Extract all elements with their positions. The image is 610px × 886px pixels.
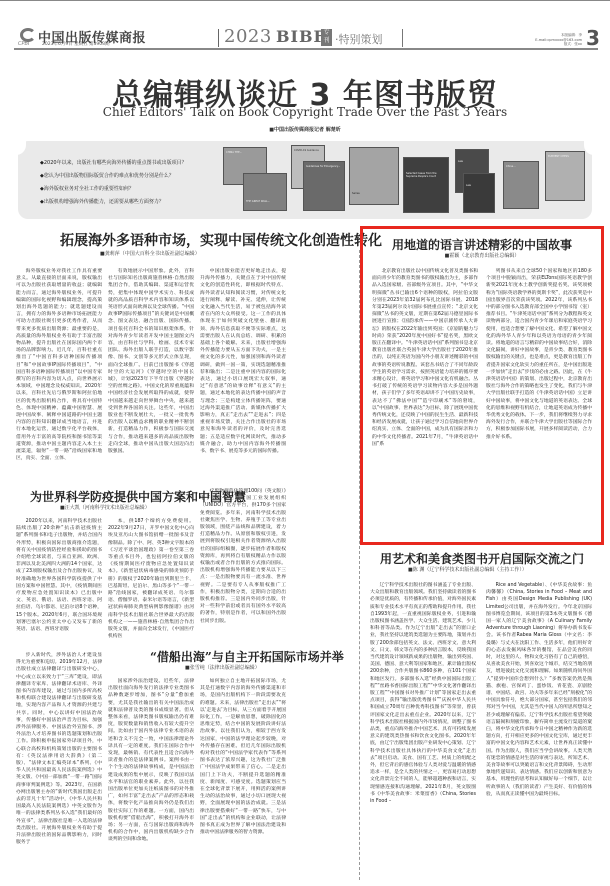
article-title: 拓展海外多语种市场，实现中国传统文化创造性转化	[60, 230, 382, 250]
article-column: 有效地展示中国形象。此外，百科社与国际知名出版商施普林格·自然出版集团合作，借助…	[108, 268, 194, 478]
book-cover: Guidelines for Emergency...	[303, 161, 345, 211]
book-cover-collage: CHINA THE... THE GREAT WALL... COVID-19 …	[223, 145, 585, 215]
article-column: 辽宁科学技术出版社的图书涵盖了专业出版、大众出版和教育出版领域。我们坚持做读者的…	[370, 582, 476, 852]
article-title: 用艺术和美食类图书开启国际交流之门	[380, 550, 584, 567]
question-item: ◆2020年以来，出版社有哪些向海外传播的重点图书或出版项目？	[40, 157, 187, 170]
book-cover: THE GREAT WALL...	[243, 173, 287, 211]
article-column: 步入新时代，涉外法治人才建设显得尤为重要和迫切。2019年12月，法律出版社成立…	[16, 652, 102, 852]
article-byline: ■龚莉萍（中国大百科全书出版社副总编辑）	[100, 250, 200, 257]
year-label: 2023	[224, 26, 272, 47]
article-title: 用地道的语言讲述精彩的中国故事	[372, 236, 592, 253]
book-cover: Series	[349, 147, 399, 205]
newspaper-logo-icon: CPBI	[18, 28, 38, 46]
article-byline: ■汪大凯（河南科学技术出版社总编辑）	[60, 504, 150, 511]
issue-date: 2023年6月9日 星期五 第3903期	[42, 41, 110, 47]
article-byline: ■霍颖（北京教育出版社总编辑）	[372, 252, 592, 259]
article-column: Rice and Vegetable）、《中华美食故事：鱼肉馨馨》（China,…	[486, 582, 592, 852]
contact-design: 版式：张xx	[482, 42, 582, 47]
question-item: ◆海外版权业务对全社工作的重要性如何？	[40, 183, 187, 196]
divider	[402, 29, 403, 47]
article-column: 本，供187个缔约方免费使用。2022年9月27日，开罗中国文化中心向埃及亚历山…	[108, 518, 194, 638]
question-list: ◆2020年以来，出版社有哪些向海外传播的重点图书或出版项目？ ◆您认为中国出版…	[40, 157, 187, 209]
questions-panel: ◆2020年以来，出版社有哪些向海外传播的重点图书或出版项目？ ◆您认为中国出版…	[18, 141, 592, 219]
masthead: CPBI 中国出版传媒商报 2023年6月9日 星期五 第3903期 2023 …	[14, 26, 598, 50]
article-column: 疗废物规范化管理100问（英文版）》电子版上传至联合国工业发展组织（UNIDO）…	[200, 488, 286, 638]
newspaper-page: CPBI 中国出版传媒商报 2023年6月9日 星期五 第3903期 2023 …	[0, 0, 610, 886]
page-number: 3	[586, 26, 600, 50]
question-item: ◆您认为中国出版物国际版贸合作的难点和优势分别是什么？	[40, 170, 187, 183]
article-column: 如何独立自主地开拓国际市场，尤其是打通数字内容的海外传播渠道和市场，是国内出版机…	[200, 678, 286, 852]
reporter-byline: ■中国出版传媒商报记者 解楚昕	[0, 126, 610, 133]
article-column: 2020年以来，河南科学技术出版社陆续出版了20余种“抗击新冠疫情主题”系列图书…	[16, 518, 102, 638]
book-cover: Selected Cases from the Supreme People's…	[403, 157, 449, 213]
logo-text: CPBI	[18, 41, 29, 47]
question-item: ◆出版机构增强海外传播能力，还需要从哪些方面努力？	[40, 196, 187, 209]
page-subtitle: Chief Editors' Talk on Book Copyright Tr…	[0, 105, 610, 119]
article-title: “借船出海”与自主开拓国际市场并举	[150, 648, 344, 665]
book-cover: China...	[503, 161, 539, 209]
special-issue-badge: 专刊	[321, 29, 332, 46]
divider	[218, 29, 219, 47]
book-cover: ELEMENT CHESS	[545, 151, 585, 201]
article-column: 北京教育出版社以中国传统文化普及类图书和面向青少年的教育类图书的版权输出为主，多…	[372, 268, 478, 536]
top-rule	[0, 0, 610, 1]
editor-contact: 本版编辑：李 E-mail:cpmxxxx@163.com 版式：张xx	[482, 33, 582, 47]
book-cover: Law	[463, 173, 495, 213]
article-column: 列图书从来自全球50个国家和地区的180多个项目中脱颖而出，荣获ELTons国际…	[486, 268, 592, 536]
article-column: 中国出版业能否更好地走出去，提升海外传播力，关键点在于对中国传统文化的创造性转化…	[200, 268, 286, 478]
article-byline: ■陈 渊（辽宁科学技术出版社副总编辑（主持工作））	[408, 566, 527, 573]
article-byline: ■张雪纯（法律出版社副总编辑）	[185, 664, 260, 671]
article-column: 国家涉外法治建设。近些年，法律出版社面向海外发行的法律专业类图书品种数逐步增加，…	[108, 678, 194, 852]
article-column: 海外版权业务对我社工作具有重要意义。从最直接的层面来说，版权输出可以为出版社获取…	[16, 268, 102, 478]
bibf-logo: BIBF	[276, 27, 326, 46]
section-label: ·特别策划	[335, 31, 383, 47]
